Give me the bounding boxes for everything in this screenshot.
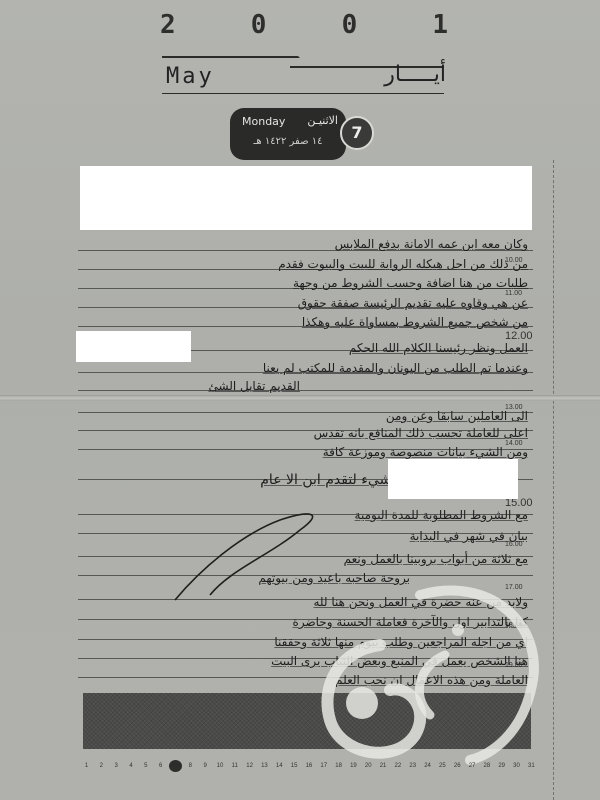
handwritten-line: من شخص جميع الشروط بمساواة عليه وهكذا: [88, 314, 528, 330]
handwritten-line: القديم تقابل الشئ: [100, 378, 300, 394]
decorative-banner: [83, 693, 531, 749]
handwritten-line: وعندما تم الطلب من اليونان والمقدمة للمك…: [88, 360, 528, 376]
handwritten-line: بيان في شهر في البداية: [268, 528, 528, 544]
time-label: 17.00: [505, 584, 523, 591]
calendar-day: 4: [124, 763, 137, 772]
calendar-day: 21: [377, 763, 390, 772]
handwritten-line: وهذا الشيء لتقدم ابن الا عام: [130, 472, 430, 488]
calendar-day: 20: [362, 763, 375, 772]
weekday-badge: Monday الاثنيـن ١٤ صفر ١٤٢٢ هـ: [230, 108, 346, 160]
calendar-day: 15: [288, 763, 301, 772]
year-digit: 0: [342, 10, 360, 40]
calendar-day: 3: [110, 763, 123, 772]
month-english: May: [166, 64, 215, 89]
calendar-day: 8: [184, 763, 197, 772]
calendar-day: 27: [466, 763, 479, 772]
year-digit: 1: [432, 10, 450, 40]
calendar-day: 6: [154, 763, 167, 772]
calendar-day: 16: [302, 763, 315, 772]
handwritten-line: مع الشروط المطلوبة للمدة البومية: [268, 507, 528, 523]
calendar-day: 2: [95, 763, 108, 772]
calendar-day: 18: [332, 763, 345, 772]
redacted-note-left: [76, 331, 191, 362]
year-heading: 2 0 0 1: [160, 10, 450, 40]
handwritten-line: بروحة صاحبه باعيد ومن بيوتهم: [170, 570, 410, 586]
year-digit: 0: [251, 10, 269, 40]
calendar-day: 31: [525, 763, 538, 772]
calendar-day: 25: [436, 763, 449, 772]
handwritten-line: العاملة ومن هذه الاعمال ان نحب العلم: [148, 672, 528, 688]
calendar-day: 14: [273, 763, 286, 772]
weekday-arabic: الاثنيـن: [307, 114, 338, 127]
calendar-day: 19: [347, 763, 360, 772]
redacted-note-right: [388, 459, 518, 499]
calendar-day: 11: [228, 763, 241, 772]
calendar-day: 23: [406, 763, 419, 772]
month-arabic: أيـــــار: [310, 62, 446, 87]
handwritten-line: طلبات من هنا اضافة وحسب الشروط من وجهة: [88, 275, 528, 291]
handwritten-line: الى العاملين سابقا وعن ومن: [88, 408, 528, 424]
calendar-day: 29: [495, 763, 508, 772]
redacted-header-block: [80, 166, 532, 230]
handwritten-line: اي من اجله المراجعين وطلب بيوم منها ثلاث…: [88, 634, 528, 650]
day-number-circle: 7: [340, 116, 374, 150]
hijri-date: ١٤ صفر ١٤٢٢ هـ: [230, 136, 346, 147]
page-fold-crease: [0, 395, 600, 401]
month-day-strip: 1234567891011121314151617181920212223242…: [80, 763, 538, 772]
calendar-day: 22: [391, 763, 404, 772]
handwritten-line: من ذلك من اجل هيكله الرواية للبيت والبيو…: [88, 256, 528, 272]
month-rule: [162, 93, 444, 94]
handwritten-line: هنا الشخص يعمل في المنبع وبعض الثياب يرى…: [88, 653, 528, 669]
calendar-day: 28: [480, 763, 493, 772]
handwritten-line: وكان معه ابن عمه الامانة بدفع الملابس: [88, 236, 528, 252]
calendar-day: 7: [169, 760, 182, 772]
calendar-day: 26: [451, 763, 464, 772]
year-digit: 2: [160, 10, 178, 40]
handwritten-line: ومن الشيء بيانات منصوصة وموزعة كافة: [88, 444, 528, 460]
handwritten-line: ولابد من عنه حضرة في العمل ونحن هنا لله: [88, 594, 528, 610]
handwritten-line: كنا بالتدابير اول والآخرة فعاملة الحسنة …: [88, 614, 528, 630]
page-edge-dashes: [553, 160, 555, 800]
month-rule: [162, 56, 282, 58]
calendar-day: 10: [213, 763, 226, 772]
calendar-day: 12: [243, 763, 256, 772]
calendar-day: 9: [199, 763, 212, 772]
handwritten-line: العمل ونظر رئيسنا الكلام الله الحكم: [208, 340, 528, 356]
calendar-day: 13: [258, 763, 271, 772]
calendar-day: 30: [510, 763, 523, 772]
calendar-day: 24: [421, 763, 434, 772]
calendar-day: 1: [80, 763, 93, 772]
scanned-diary-page: 2 0 0 1 May أيـــــار Monday الاثنيـن ١٤…: [0, 0, 600, 800]
calendar-day: 5: [139, 763, 152, 772]
handwritten-line: اعلى للعاملة تحسب ذلك المنافع بانه تقدس: [88, 425, 528, 441]
calendar-day: 17: [317, 763, 330, 772]
weekday-english: Monday: [242, 115, 285, 128]
handwritten-line: عن هي وقاوه عليه تقديم الرئيسة صفقة حقوق: [88, 295, 528, 311]
handwritten-line: مع ثلاثة من أبواب بروبينا بالعمل ونعم: [88, 551, 528, 567]
